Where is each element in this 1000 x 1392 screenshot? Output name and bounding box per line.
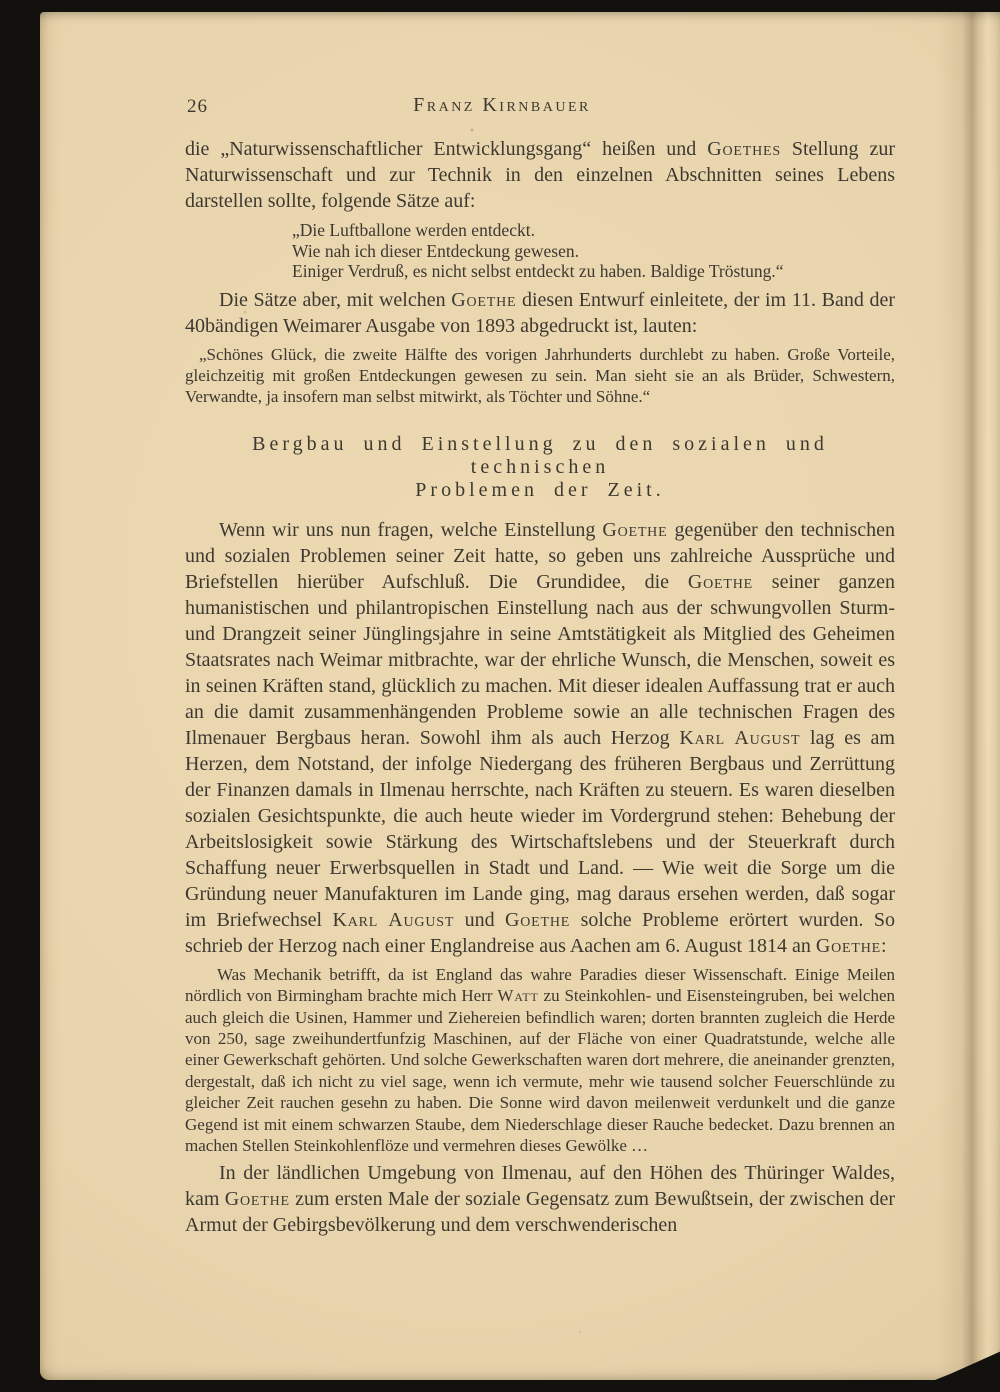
- section-heading: Bergbau und Einstellung zu den sozialen …: [185, 433, 895, 502]
- text-blocks: die „Naturwissenschaftlicher Entwicklung…: [185, 136, 895, 1238]
- person-name-smallcaps: Goethe: [451, 289, 516, 311]
- person-name-smallcaps: Goethe: [816, 935, 881, 957]
- person-name-smallcaps: Goethe: [602, 519, 667, 541]
- gutter-shadow: [938, 12, 1000, 1380]
- body-paragraph: Die Sätze aber, mit welchen Goethe diese…: [185, 287, 895, 339]
- person-name-smallcaps: Goethe: [688, 571, 753, 593]
- running-head-author: Franz Kirnbauer: [147, 94, 857, 117]
- page-text-column: 26 Franz Kirnbauer die „Naturwissenschaf…: [185, 12, 895, 1238]
- person-name-smallcaps: Goethe: [505, 909, 570, 931]
- body-paragraph: In der ländlichen Umgebung von Ilmenau, …: [185, 1160, 895, 1238]
- scanned-book-photo: 26 Franz Kirnbauer die „Naturwissenschaf…: [0, 0, 1000, 1392]
- verse-line: „Die Luftballone werden entdeckt.: [292, 220, 895, 241]
- verse-line: Wie nah ich dieser Entdeckung gewesen.: [292, 241, 895, 262]
- person-name-smallcaps: Watt: [497, 986, 538, 1005]
- verse-quote: „Die Luftballone werden entdeckt.Wie nah…: [292, 220, 895, 282]
- section-heading-line: Problemen der Zeit.: [185, 479, 895, 502]
- body-paragraph: Wenn wir uns nun fragen, welche Einstell…: [185, 517, 895, 959]
- block-quote-small: „Schönes Glück, die zweite Hälfte des vo…: [185, 344, 895, 408]
- person-name-smallcaps: Goethe: [225, 1188, 290, 1210]
- section-heading-line: Bergbau und Einstellung zu den sozialen …: [185, 433, 895, 479]
- verse-line: Einiger Verdruß, es nicht selbst entdeck…: [292, 261, 895, 282]
- person-name-smallcaps: Goethes: [707, 138, 781, 160]
- person-name-smallcaps: Karl August: [332, 909, 454, 931]
- body-paragraph: die „Naturwissenschaftlicher Entwicklung…: [185, 136, 895, 214]
- person-name-smallcaps: Karl August: [679, 727, 800, 749]
- block-quote-small: Was Mechanik betrifft, da ist England da…: [185, 964, 895, 1157]
- running-header: 26 Franz Kirnbauer: [185, 94, 895, 118]
- book-page: 26 Franz Kirnbauer die „Naturwissenschaf…: [40, 12, 1000, 1380]
